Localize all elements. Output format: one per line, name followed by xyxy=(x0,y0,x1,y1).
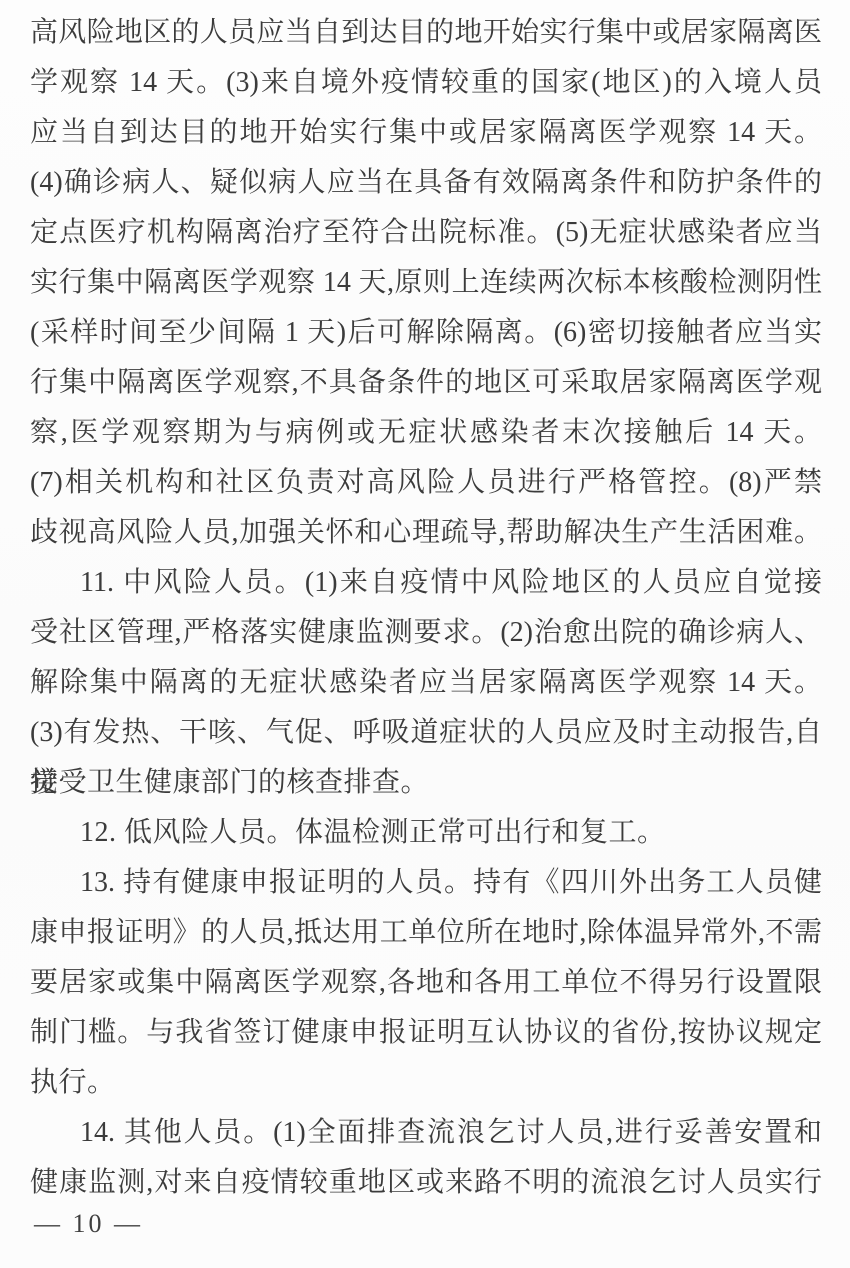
text-line: 健康监测,对来自疫情较重地区或来路不明的流浪乞讨人员实行 xyxy=(30,1158,822,1208)
text-line: 解除集中隔离的无症状感染者应当居家隔离医学观察 14 天。 xyxy=(30,658,822,708)
text-line: 应当自到达目的地开始实行集中或居家隔离医学观察 14 天。 xyxy=(30,108,822,158)
text-line: (3)有发热、干咳、气促、呼吸道症状的人员应及时主动报告,自觉 xyxy=(30,708,822,758)
text-line: 接受卫生健康部门的核查排查。 xyxy=(30,758,822,808)
text-line: 实行集中隔离医学观察 14 天,原则上连续两次标本核酸检测阴性 xyxy=(30,258,822,308)
text-line: 制门槛。与我省签订健康申报证明互认协议的省份,按协议规定 xyxy=(30,1008,822,1058)
text-line: 受社区管理,严格落实健康监测要求。(2)治愈出院的确诊病人、 xyxy=(30,608,822,658)
text-line: 14. 其他人员。(1)全面排查流浪乞讨人员,进行妥善安置和 xyxy=(30,1108,822,1158)
text-line: 歧视高风险人员,加强关怀和心理疏导,帮助解决生产生活困难。 xyxy=(30,508,822,558)
text-line: (4)确诊病人、疑似病人应当在具备有效隔离条件和防护条件的 xyxy=(30,158,822,208)
text-line: 高风险地区的人员应当自到达目的地开始实行集中或居家隔离医 xyxy=(30,8,822,58)
text-line: 要居家或集中隔离医学观察,各地和各用工单位不得另行设置限 xyxy=(30,958,822,1008)
document-page: 高风险地区的人员应当自到达目的地开始实行集中或居家隔离医学观察 14 天。(3)… xyxy=(0,0,850,1268)
text-line: (采样时间至少间隔 1 天)后可解除隔离。(6)密切接触者应当实 xyxy=(30,308,822,358)
text-line: 执行。 xyxy=(30,1058,822,1108)
text-line: 定点医疗机构隔离治疗至符合出院标准。(5)无症状感染者应当 xyxy=(30,208,822,258)
text-line: 13. 持有健康申报证明的人员。持有《四川外出务工人员健 xyxy=(30,858,822,908)
text-line: 11. 中风险人员。(1)来自疫情中风险地区的人员应自觉接 xyxy=(30,558,822,608)
text-line: 康申报证明》的人员,抵达用工单位所在地时,除体温异常外,不需 xyxy=(30,908,822,958)
text-line: 行集中隔离医学观察,不具备条件的地区可采取居家隔离医学观 xyxy=(30,358,822,408)
document-body: 高风险地区的人员应当自到达目的地开始实行集中或居家隔离医学观察 14 天。(3)… xyxy=(30,8,822,1208)
text-line: 学观察 14 天。(3)来自境外疫情较重的国家(地区)的入境人员 xyxy=(30,58,822,108)
text-line: 察,医学观察期为与病例或无症状感染者末次接触后 14 天。 xyxy=(30,408,822,458)
page-number: — 10 — xyxy=(34,1203,143,1245)
text-line: (7)相关机构和社区负责对高风险人员进行严格管控。(8)严禁 xyxy=(30,458,822,508)
text-line: 12. 低风险人员。体温检测正常可出行和复工。 xyxy=(30,808,822,858)
